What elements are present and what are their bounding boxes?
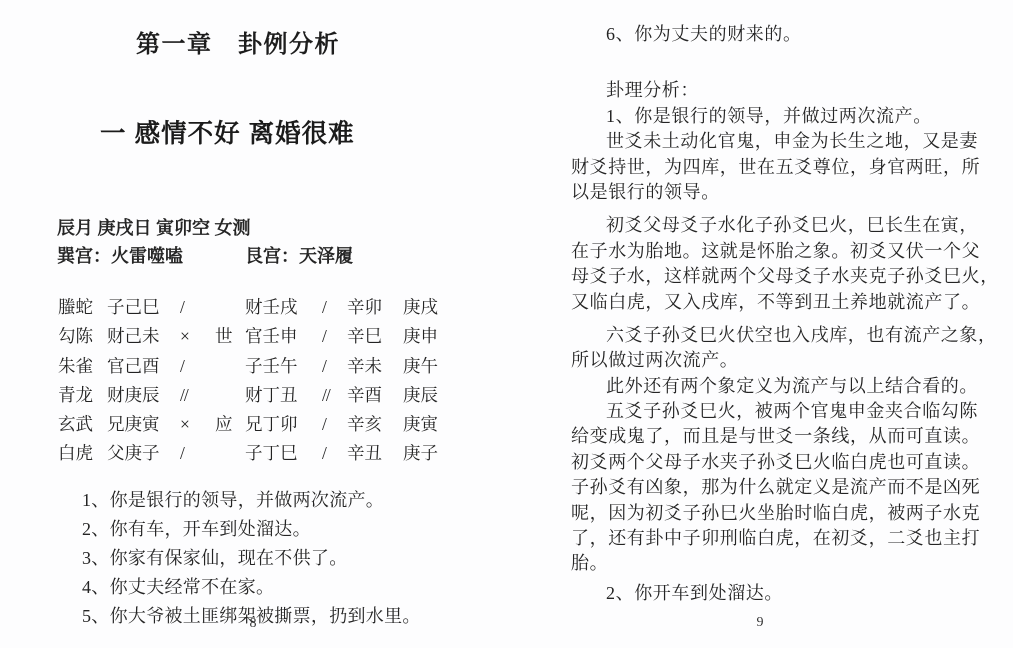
line-mark: / [180, 297, 215, 318]
analysis-text-line: 1、你是银行的领导，并做过两次流产。 [571, 102, 1009, 127]
analysis-text-line: 给变成鬼了，而且是与世爻一条线，从而可直读。 [571, 422, 1009, 447]
six-god-label: 朱雀 [58, 356, 107, 377]
analysis-text-line: 在子水为胎地。这就是怀胎之象。初爻又伏一个父 [571, 237, 1009, 262]
finding-item: 3、你家有保家仙，现在不供了。 [82, 544, 421, 573]
line-mark: / [180, 356, 215, 377]
hexagram-table: 螣蛇 子己巳 / 财壬戌 / 辛卯 庚戌 勾陈 财己未 × 世 官壬申 / 辛巳… [58, 297, 443, 473]
analysis-text-line: 世爻未土动化官鬼，申金为长生之地，又是妻 [571, 127, 1009, 152]
najia-column-right: 庚申 [403, 326, 443, 347]
najia-column-right: 庚午 [403, 356, 443, 377]
najia-column-left: 辛巳 [347, 326, 403, 347]
najia-column-left: 辛亥 [347, 414, 403, 435]
analysis-text-line: 了，还有卦中子卯刑临白虎，在初爻，二爻也主打 [571, 524, 1009, 549]
six-god-label: 青龙 [58, 385, 107, 406]
analysis-text-line: 此外还有两个象定义为流产与以上结合看的。 [571, 372, 1009, 397]
palace-changed-hexagram: 艮宫：天泽履 [245, 242, 353, 268]
changed-hexagram-line: 财丁丑 [245, 385, 322, 406]
najia-column-right: 庚寅 [403, 414, 443, 435]
analysis-text-line: 胎。 [571, 549, 1009, 574]
palace-original-hexagram: 巽宫：火雷噬嗑 [57, 242, 183, 268]
main-hexagram-line: 财庚辰 [107, 385, 180, 406]
analysis-text-line: 卦理分析： [571, 76, 1009, 101]
analysis-text-line: 子孙爻有凶象，那为什么就定义是流产而不是凶死 [571, 473, 1009, 498]
main-hexagram-line: 兄庚寅 [107, 414, 180, 435]
najia-column-left: 辛酉 [347, 385, 403, 406]
changed-hexagram-line: 子丁巳 [245, 443, 322, 464]
najia-column-left: 辛未 [347, 356, 403, 377]
main-hexagram-line: 父庚子 [107, 443, 180, 464]
book-page-left: 第一章 卦例分析 一 感情不好 离婚很难 辰月 庚戌日 寅卯空 女测 巽宫：火雷… [0, 0, 506, 648]
changed-line-mark: // [322, 385, 347, 406]
chapter-title: 第一章 卦例分析 [136, 24, 340, 59]
hexagram-row: 青龙 财庚辰 // 财丁丑 // 辛酉 庚辰 [58, 385, 443, 414]
six-god-label: 白虎 [58, 443, 107, 464]
shi-ying-marker: 应 [215, 414, 245, 435]
line-mark: // [180, 385, 215, 406]
section-title: 一 感情不好 离婚很难 [100, 114, 355, 150]
changed-hexagram-line: 子壬午 [245, 356, 322, 377]
changed-hexagram-line: 财壬戌 [245, 297, 322, 318]
analysis-text-line: 6、你为丈夫的财来的。 [571, 20, 1009, 45]
shi-ying-marker: 世 [215, 326, 245, 347]
six-god-label: 螣蛇 [58, 297, 107, 318]
book-page-right: 6、你为丈夫的财来的。 卦理分析： 1、你是银行的领导，并做过两次流产。 世爻未… [507, 0, 1013, 648]
six-god-label: 勾陈 [58, 326, 107, 347]
analysis-text-line: 六爻子孙爻巳火伏空也入戌库，也有流产之象， [571, 321, 1009, 346]
analysis-text-line: 以是银行的领导。 [571, 178, 1009, 203]
main-hexagram-line: 子己巳 [107, 297, 180, 318]
page-number-right: 9 [507, 615, 1013, 631]
hexagram-row: 朱雀 官己酉 / 子壬午 / 辛未 庚午 [58, 356, 443, 385]
changed-line-mark: / [322, 297, 347, 318]
findings-list: 1、你是银行的领导，并做两次流产。 2、你有车，开车到处溜达。 3、你家有保家仙… [82, 486, 421, 631]
analysis-text-line: 初爻两个父母子水夹子孙爻巳火临白虎也可直读。 [571, 448, 1009, 473]
main-hexagram-line: 财己未 [107, 326, 180, 347]
analysis-text-line: 财爻持世，为四库，世在五爻尊位，身官两旺，所 [571, 153, 1009, 178]
divination-date-line: 辰月 庚戌日 寅卯空 女测 [57, 214, 251, 240]
changed-line-mark: / [322, 356, 347, 377]
najia-column-right: 庚辰 [403, 385, 443, 406]
analysis-text-line: 所以做过两次流产。 [571, 346, 1009, 371]
najia-column-left: 辛卯 [347, 297, 403, 318]
changed-hexagram-line: 官壬申 [245, 326, 322, 347]
najia-column-left: 辛丑 [347, 443, 403, 464]
najia-column-right: 庚戌 [403, 297, 443, 318]
analysis-text: 6、你为丈夫的财来的。 卦理分析： 1、你是银行的领导，并做过两次流产。 世爻未… [571, 20, 1009, 604]
main-hexagram-line: 官己酉 [107, 356, 180, 377]
najia-column-right: 庚子 [403, 443, 443, 464]
finding-item: 4、你丈夫经常不在家。 [82, 573, 421, 602]
analysis-text-line: 呢，因为初爻子孙巳火坐胎时临白虎，被两子水克 [571, 499, 1009, 524]
hexagram-row: 螣蛇 子己巳 / 财壬戌 / 辛卯 庚戌 [58, 297, 443, 326]
page-number-left: 8 [0, 616, 506, 632]
analysis-text-line: 母爻子水，这样就两个父母爻子水夹克子孙爻巳火， [571, 262, 1009, 287]
analysis-text-line: 又临白虎，又入戌库，不等到丑土养地就流产了。 [571, 288, 1009, 313]
changed-hexagram-line: 兄丁卯 [245, 414, 322, 435]
line-mark: / [180, 443, 215, 464]
finding-item: 2、你有车，开车到处溜达。 [82, 515, 421, 544]
analysis-text-line: 五爻子孙爻巳火，被两个官鬼申金夹合临勾陈 [571, 397, 1009, 422]
changed-line-mark: / [322, 414, 347, 435]
hexagram-row: 玄武 兄庚寅 × 应 兄丁卯 / 辛亥 庚寅 [58, 414, 443, 443]
line-mark: × [180, 326, 215, 347]
changed-line-mark: / [322, 443, 347, 464]
analysis-text-line: 2、你开车到处溜达。 [571, 579, 1009, 604]
hexagram-row: 勾陈 财己未 × 世 官壬申 / 辛巳 庚申 [58, 326, 443, 355]
palace-line: 巽宫：火雷噬嗑 艮宫：天泽履 [57, 242, 477, 266]
hexagram-row: 白虎 父庚子 / 子丁巳 / 辛丑 庚子 [58, 443, 443, 472]
six-god-label: 玄武 [58, 414, 107, 435]
line-mark: × [180, 414, 215, 435]
analysis-text-line: 初爻父母爻子水化子孙爻巳火，巳长生在寅， [571, 211, 1009, 236]
finding-item: 1、你是银行的领导，并做两次流产。 [82, 486, 421, 515]
changed-line-mark: / [322, 326, 347, 347]
